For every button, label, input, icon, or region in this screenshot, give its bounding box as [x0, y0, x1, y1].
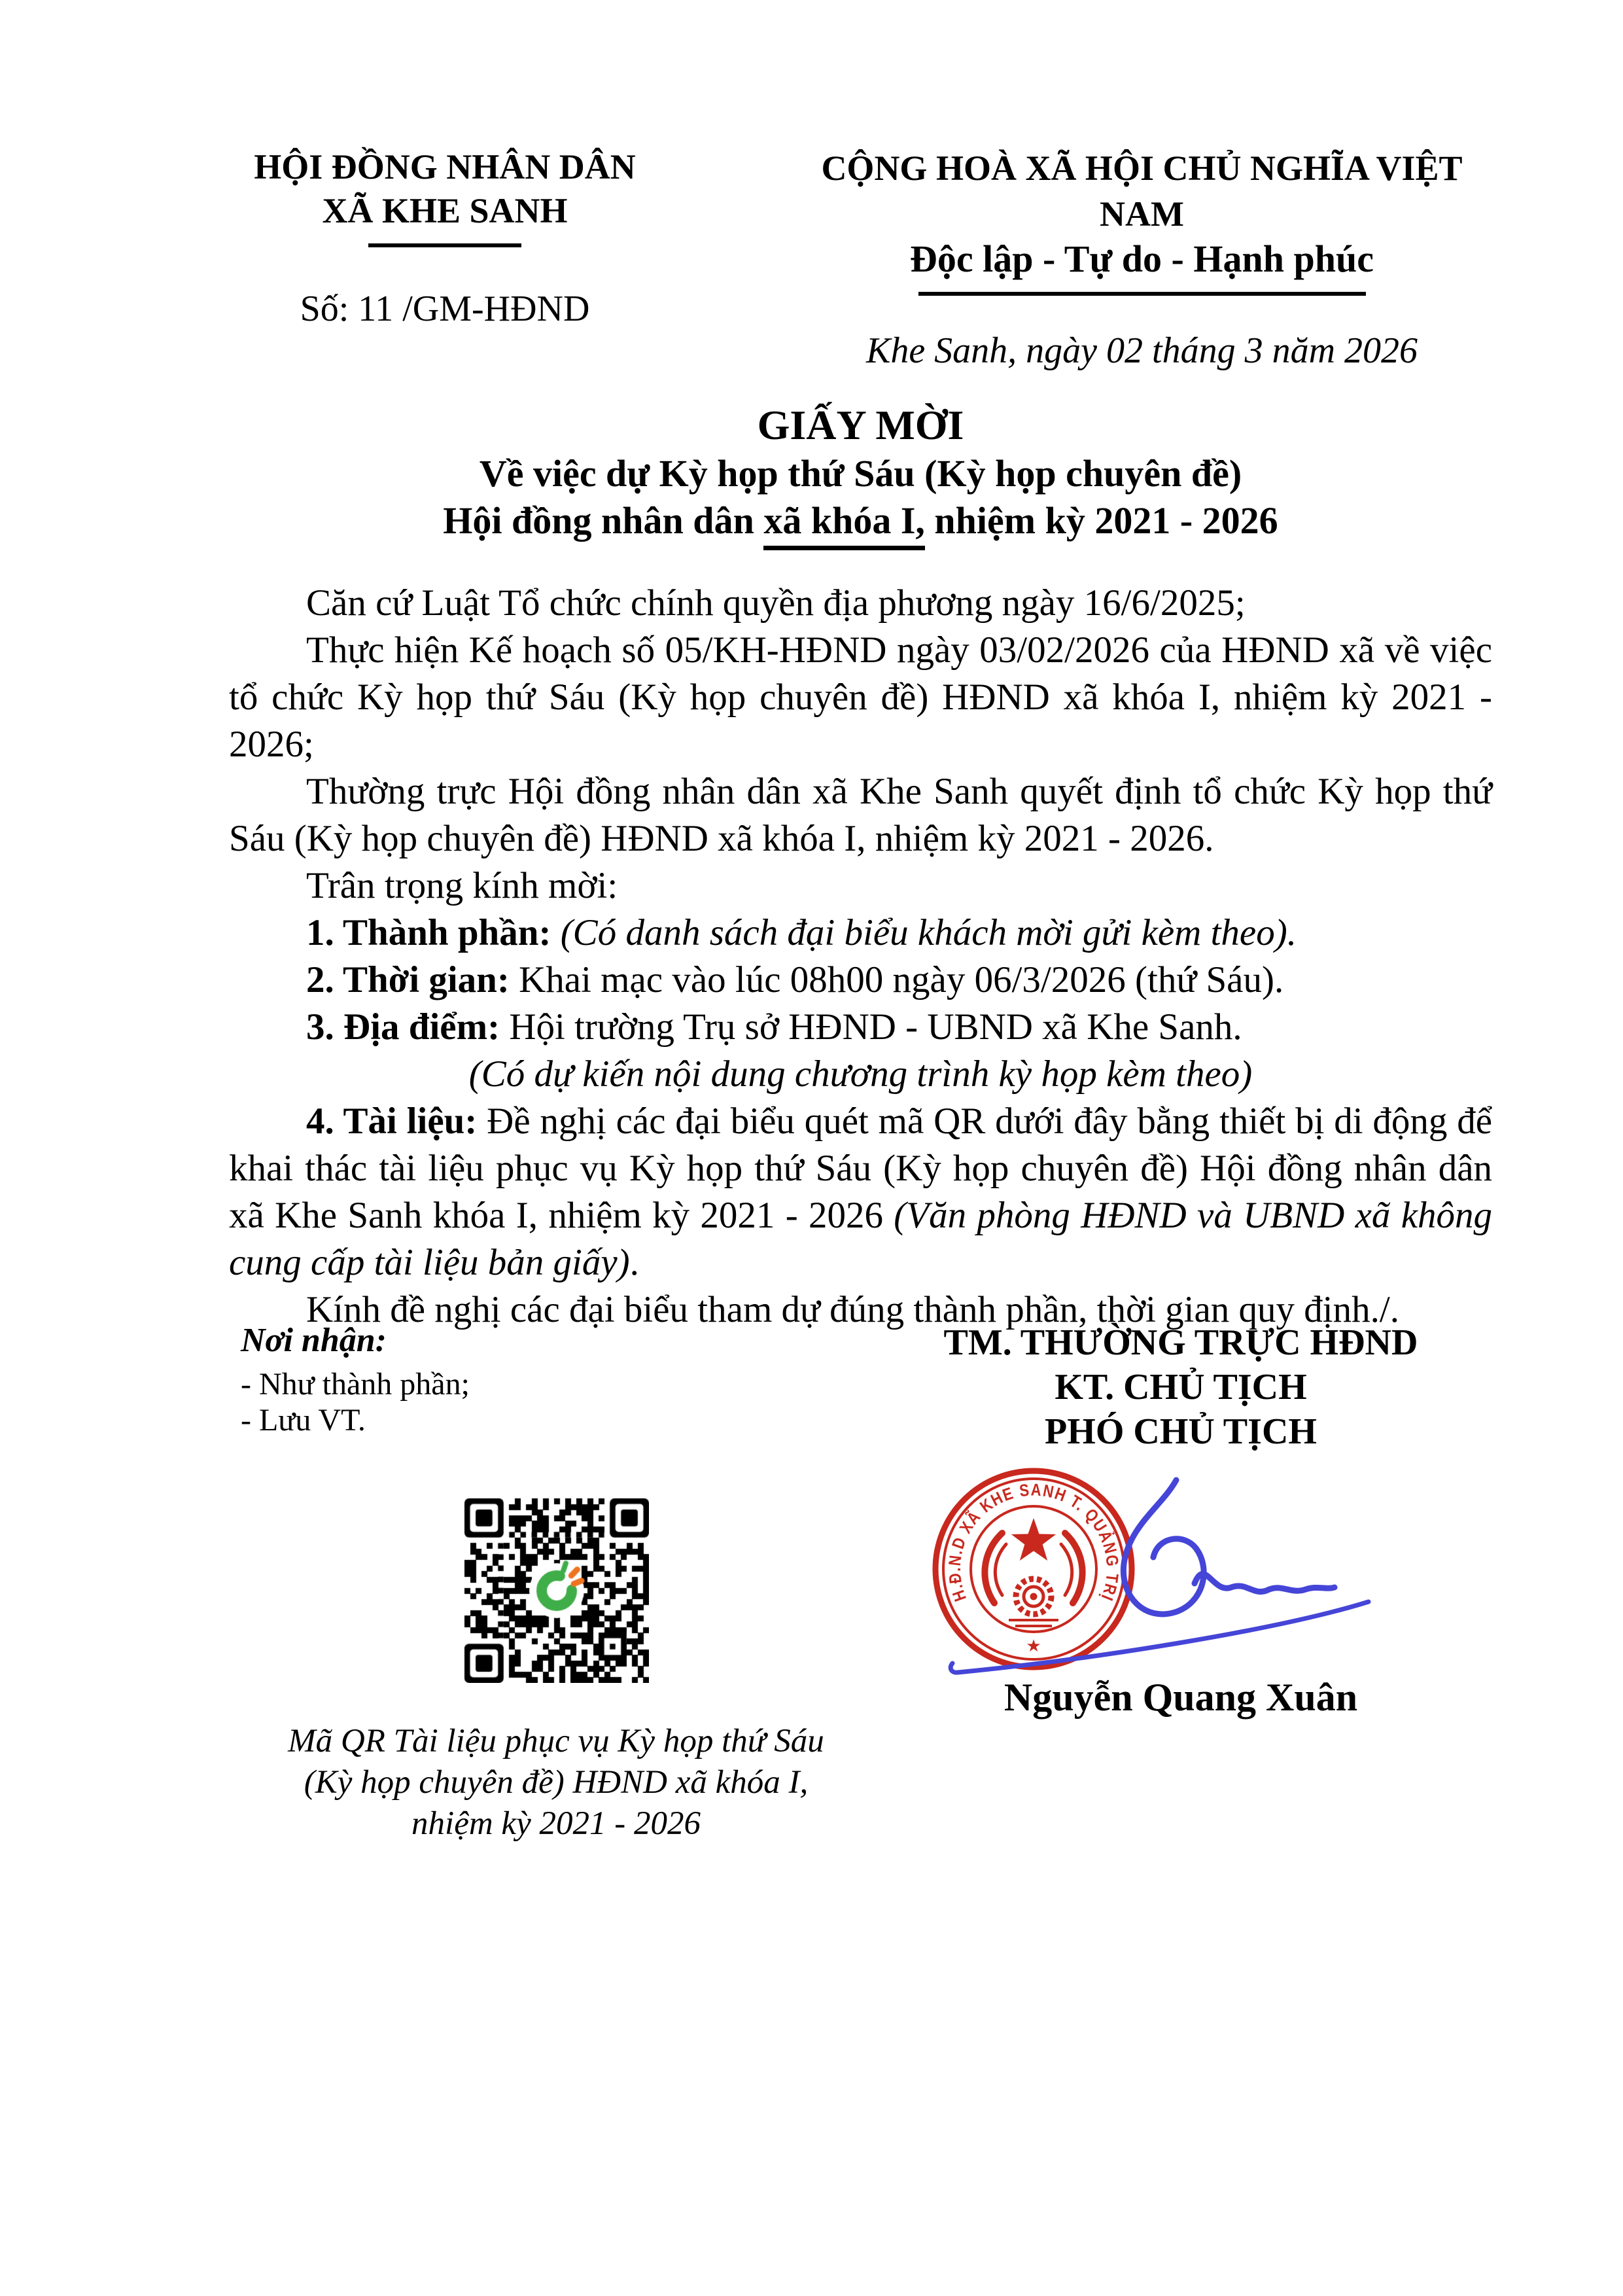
document-title: GIẤY MỜI — [229, 400, 1492, 450]
signature-block: TM. THƯỜNG TRỰC HĐNDKT. CHỦ TỊCHPHÓ CHỦ … — [864, 1320, 1498, 1454]
item-venue: 3. Địa điểm: Hội trường Trụ sở HĐND - UB… — [229, 1004, 1492, 1051]
document-subtitle-1: Về việc dự Kỳ họp thứ Sáu (Kỳ họp chuyên… — [229, 450, 1492, 497]
document-page: HỘI ĐỒNG NHÂN DÂN XÃ KHE SANH Số: 11 /GM… — [0, 0, 1623, 2296]
qr-caption: Mã QR Tài liệu phục vụ Kỳ họp thứ Sáu(Kỳ… — [275, 1721, 837, 1845]
motto-underline — [918, 292, 1366, 296]
item-documents: 4. Tài liệu: Đề nghị các đại biểu quét m… — [229, 1098, 1492, 1286]
national-header-block: CỘNG HOÀ XÃ HỘI CHỦ NGHĨA VIỆT NAM Độc l… — [792, 145, 1492, 372]
note-agenda: (Có dự kiến nội dung chương trình kỳ họp… — [229, 1051, 1492, 1098]
org-name-line1: HỘI ĐỒNG NHÂN DÂN — [229, 145, 661, 189]
recipients-block: Nơi nhận: - Như thành phần;- Lưu VT. — [241, 1320, 470, 1438]
recipients-list: - Như thành phần;- Lưu VT. — [241, 1366, 470, 1438]
place-dateline: Khe Sanh, ngày 02 tháng 3 năm 2026 — [792, 330, 1492, 372]
issuing-org-block: HỘI ĐỒNG NHÂN DÂN XÃ KHE SANH Số: 11 /GM… — [229, 145, 661, 372]
paragraph-legal-basis-1: Căn cứ Luật Tổ chức chính quyền địa phươ… — [229, 580, 1492, 627]
national-title: CỘNG HOÀ XÃ HỘI CHỦ NGHĨA VIỆT NAM — [792, 145, 1492, 237]
handwritten-signature — [935, 1466, 1393, 1688]
org-name-line2: XÃ KHE SANH — [229, 189, 661, 233]
signature-titles: TM. THƯỜNG TRỰC HĐNDKT. CHỦ TỊCHPHÓ CHỦ … — [864, 1320, 1498, 1454]
document-body: Căn cứ Luật Tổ chức chính quyền địa phươ… — [229, 580, 1492, 1333]
doc-number: Số: 11 /GM-HĐND — [229, 288, 661, 330]
recipients-label: Nơi nhận: — [241, 1320, 470, 1361]
paragraph-decision: Thường trực Hội đồng nhân dân xã Khe San… — [229, 768, 1492, 862]
paragraph-invite: Trân trọng kính mời: — [229, 862, 1492, 910]
signer-name: Nguyễn Quang Xuân — [864, 1675, 1498, 1720]
paragraph-legal-basis-2: Thực hiện Kế hoạch số 05/KH-HĐND ngày 03… — [229, 627, 1492, 768]
item-time: 2. Thời gian: Khai mạc vào lúc 08h00 ngà… — [229, 957, 1492, 1004]
signature-loop — [1123, 1480, 1204, 1614]
national-motto: Độc lập - Tự do - Hạnh phúc — [792, 237, 1492, 281]
item-participants: 1. Thành phần: (Có danh sách đại biểu kh… — [229, 910, 1492, 957]
signature-squiggle — [1195, 1574, 1335, 1591]
org-underline — [368, 243, 521, 247]
qr-code-image — [464, 1498, 649, 1683]
document-header: HỘI ĐỒNG NHÂN DÂN XÃ KHE SANH Số: 11 /GM… — [229, 145, 1492, 372]
document-subtitle-2: Hội đồng nhân dân xã khóa I, nhiệm kỳ 20… — [229, 497, 1492, 544]
title-block: GIẤY MỜI Về việc dự Kỳ họp thứ Sáu (Kỳ h… — [229, 400, 1492, 544]
